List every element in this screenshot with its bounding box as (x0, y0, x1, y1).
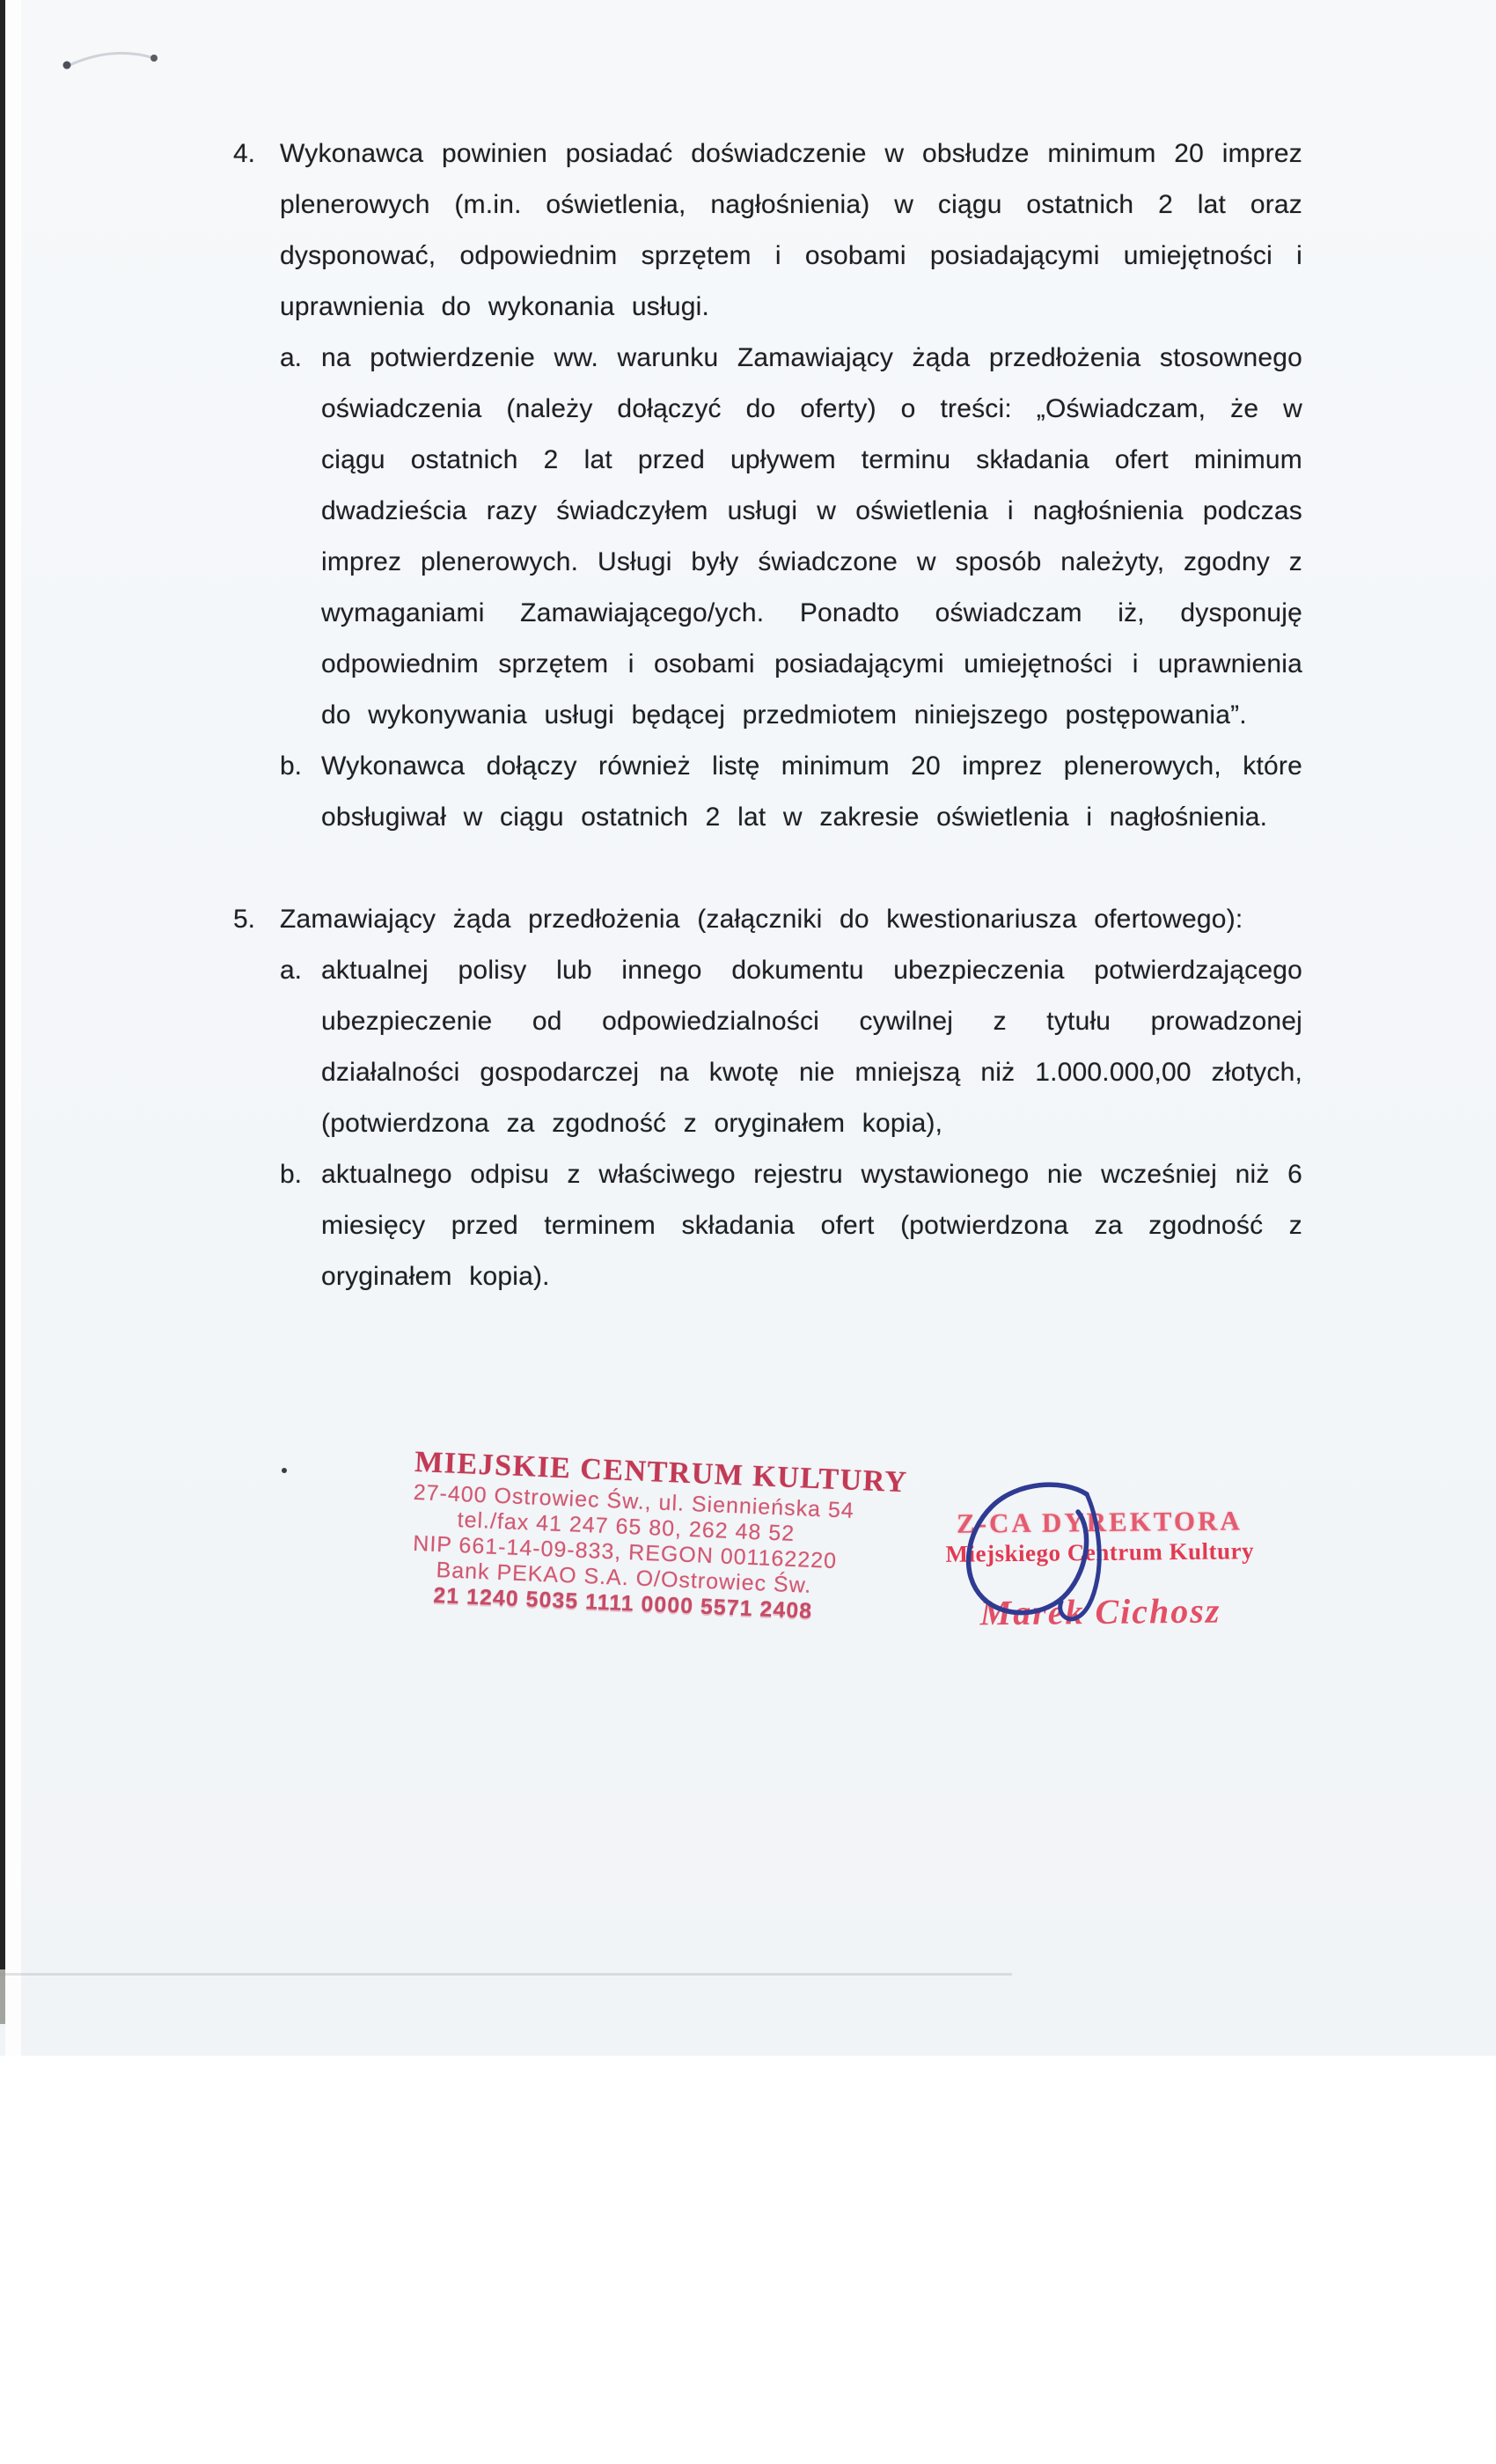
scan-streak-line (0, 1973, 1012, 1976)
list-item-5: 5. Zamawiający żąda przedłożenia (załącz… (233, 894, 1302, 1302)
subitem-4b: b. Wykonawca dołączy również listę minim… (280, 741, 1302, 843)
subitem-paragraph: aktualnej polisy lub innego dokumentu ub… (321, 945, 1302, 1149)
item-paragraph: Zamawiający żąda przedłożenia (załącznik… (280, 894, 1302, 945)
ink-speck (282, 1468, 287, 1473)
pen-signature-loop (953, 1478, 1151, 1632)
item-number: 4. (233, 128, 255, 180)
subitem-4a: a. na potwierdzenie ww. warunku Zamawiaj… (280, 333, 1302, 741)
item-number: 5. (233, 894, 255, 945)
scan-edge-white-strip (5, 0, 21, 2056)
organization-stamp: MIEJSKIE CENTRUM KULTURY 27-400 Ostrowie… (408, 1445, 842, 1625)
subitem-5b: b. aktualnego odpisu z właściwego rejest… (280, 1149, 1302, 1302)
scan-area: 4. Wykonawca powinien posiadać doświadcz… (0, 0, 1496, 2056)
subitem-paragraph: aktualnego odpisu z właściwego rejestru … (321, 1149, 1302, 1302)
subitem-paragraph: na potwierdzenie ww. warunku Zamawiający… (321, 333, 1302, 741)
staple-marks (48, 42, 180, 81)
item-paragraph: Wykonawca powinien posiadać doświadczeni… (280, 128, 1302, 333)
document-text: 4. Wykonawca powinien posiadać doświadcz… (233, 128, 1302, 1302)
subitem-letter: a. (280, 945, 302, 996)
scanned-document-page: { "page": { "paper_color": "#f4f6f9", "b… (0, 0, 1496, 2464)
subitem-letter: a. (280, 333, 302, 384)
subitem-5a: a. aktualnej polisy lub innego dokumentu… (280, 945, 1302, 1149)
subitem-letter: b. (280, 1149, 302, 1200)
subitem-letter: b. (280, 741, 302, 792)
subitem-paragraph: Wykonawca dołączy również listę minimum … (321, 741, 1302, 843)
list-item-4: 4. Wykonawca powinien posiadać doświadcz… (233, 128, 1302, 843)
